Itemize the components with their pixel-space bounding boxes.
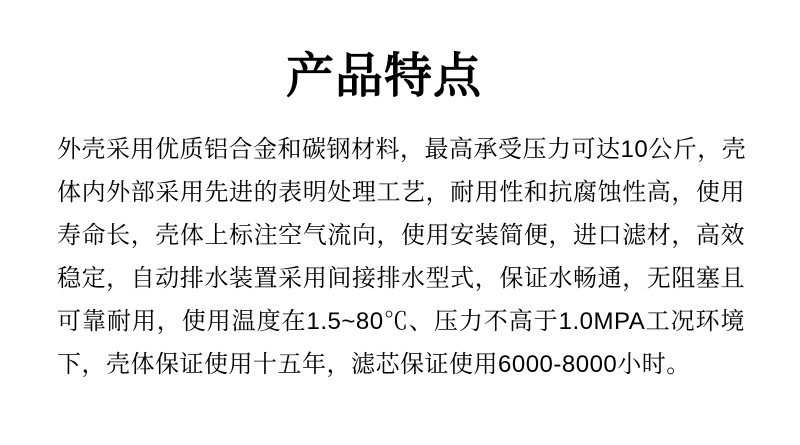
feature-line-6: 下，壳体保证使用十五年，滤芯保证使用6000-8000小时。 (57, 343, 745, 386)
feature-description: 外壳采用优质铝合金和碳钢材料，最高承受压力可达10公斤，壳 体内外部采用先进的表… (57, 128, 745, 386)
feature-line-5: 可靠耐用，使用温度在1.5~80℃、压力不高于1.0MPA工况环境 (57, 300, 745, 343)
page-title: 产品特点 (0, 48, 784, 106)
feature-line-4: 稳定，自动排水装置采用间接排水型式，保证水畅通，无阻塞且 (57, 257, 745, 300)
feature-line-1: 外壳采用优质铝合金和碳钢材料，最高承受压力可达10公斤，壳 (57, 128, 745, 171)
feature-line-3: 寿命长，壳体上标注空气流向，使用安装简便，进口滤材，高效 (57, 214, 745, 257)
product-features-page: 产品特点 外壳采用优质铝合金和碳钢材料，最高承受压力可达10公斤，壳 体内外部采… (0, 0, 800, 445)
feature-line-2: 体内外部采用先进的表明处理工艺，耐用性和抗腐蚀性高，使用 (57, 171, 745, 214)
